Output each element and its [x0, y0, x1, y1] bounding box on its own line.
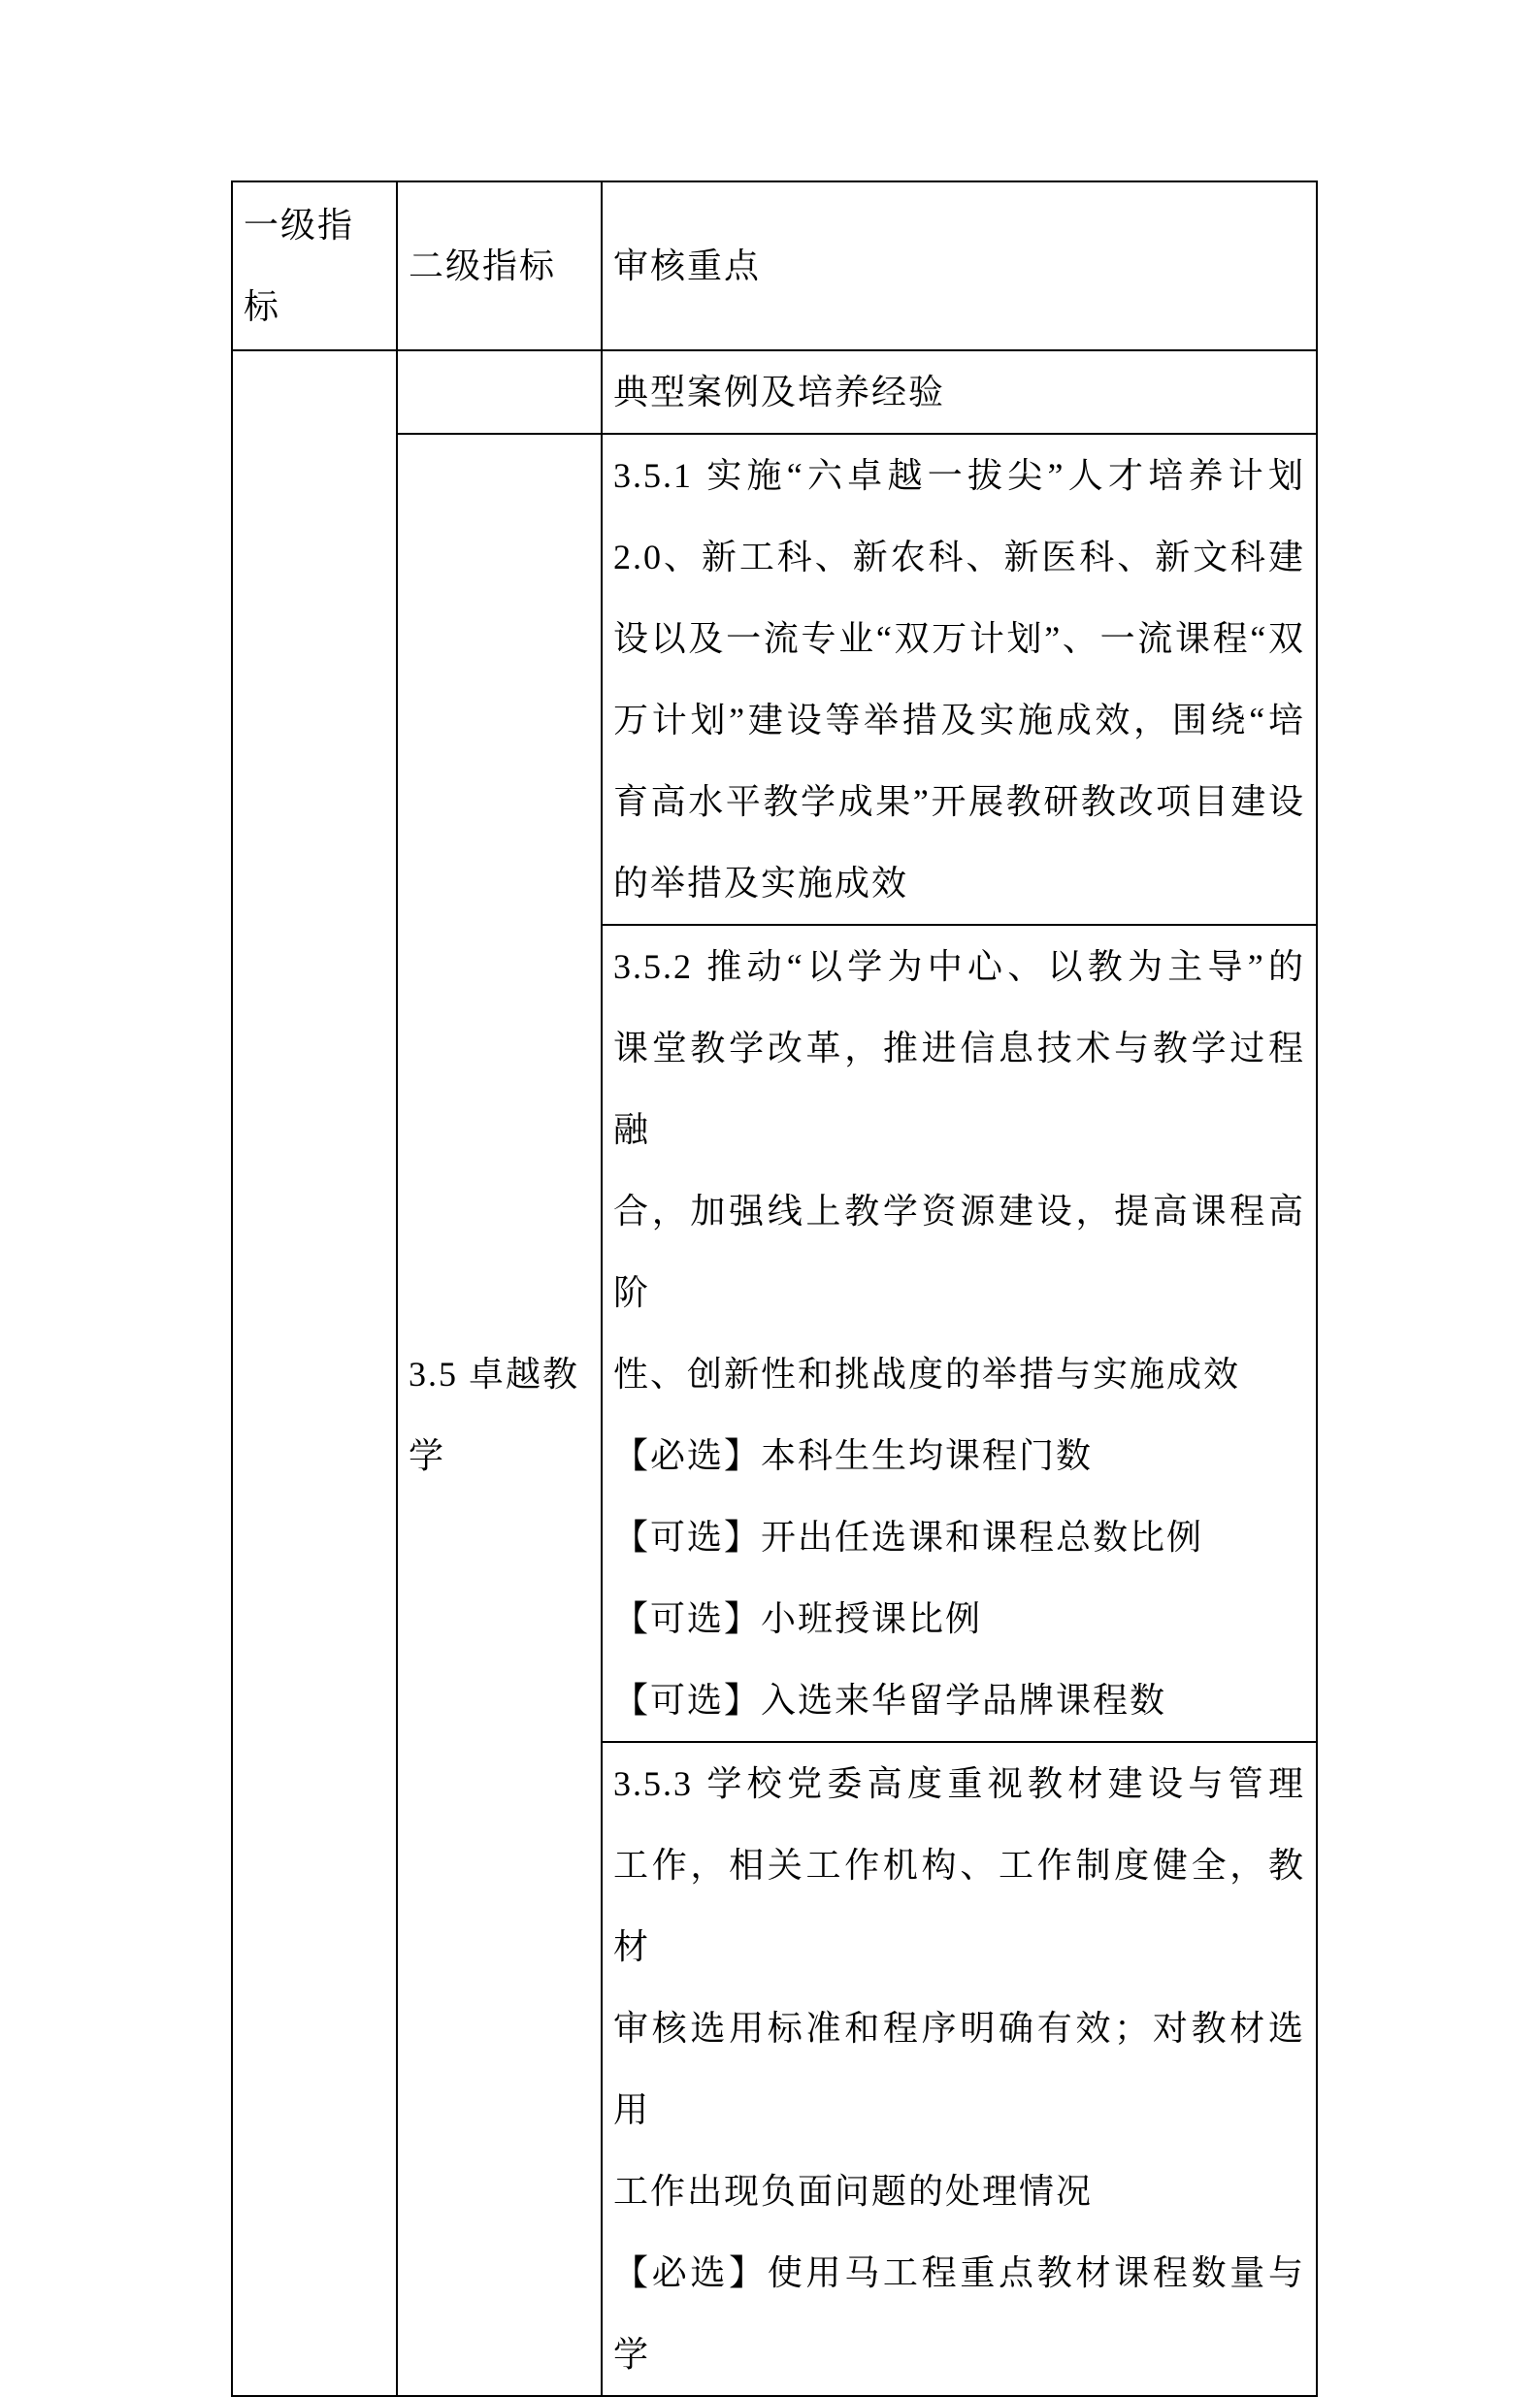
- header-cell-level2-indicator: 二级指标: [397, 181, 602, 350]
- text-line: 育高水平教学成果”开展教研教改项目建设: [613, 761, 1305, 842]
- text-line: 工作出现负面问题的处理情况: [613, 2151, 1305, 2232]
- header-cell-level1-indicator: 一级指 标: [232, 181, 397, 350]
- text-line: 3.5 卓越教: [409, 1333, 590, 1415]
- text-line: 标: [244, 266, 385, 347]
- cell-focus-353: 3.5.3 学校党委高度重视教材建设与管理 工作，相关工作机构、工作制度健全，教…: [602, 1742, 1317, 2396]
- cell-focus-352: 3.5.2 推动“以学为中心、以教为主导”的 课堂教学改革，推进信息技术与教学过…: [602, 925, 1317, 1742]
- text-line: 二级指标: [409, 225, 590, 307]
- text-line: 性、创新性和挑战度的举措与实施成效: [613, 1333, 1305, 1415]
- text-line: 【必选】使用马工程重点教材课程数量与学: [613, 2232, 1305, 2395]
- text-line: 一级指: [244, 184, 385, 266]
- cell-level2-35-excellent-teaching: 3.5 卓越教 学: [397, 434, 602, 2396]
- header-cell-review-focus: 审核重点: [602, 181, 1317, 350]
- text-line: 审核重点: [613, 225, 1305, 307]
- text-line: 审核选用标准和程序明确有效；对教材选用: [613, 1987, 1305, 2151]
- text-line: 【可选】入选来华留学品牌课程数: [613, 1659, 1305, 1741]
- text-line: 3.5.3 学校党委高度重视教材建设与管理: [613, 1743, 1305, 1824]
- text-line: 课堂教学改革，推进信息技术与教学过程融: [613, 1007, 1305, 1170]
- text-line: 3.5.1 实施“六卓越一拔尖”人才培养计划: [613, 435, 1305, 516]
- text-line: 【可选】小班授课比例: [613, 1578, 1305, 1659]
- text-line: 的举措及实施成效: [613, 842, 1305, 924]
- text-line: 学: [409, 1415, 590, 1496]
- text-line: 3.5.2 推动“以学为中心、以教为主导”的: [613, 926, 1305, 1007]
- text-line: 【必选】本科生生均课程门数: [613, 1415, 1305, 1496]
- cell-level2-empty: [397, 350, 602, 434]
- text-line: 【可选】开出任选课和课程总数比例: [613, 1496, 1305, 1578]
- text-line: 典型案例及培养经验: [613, 351, 1305, 433]
- cell-focus-351: 3.5.1 实施“六卓越一拔尖”人才培养计划 2.0、新工科、新农科、新医科、新…: [602, 434, 1317, 925]
- text-line: 万计划”建设等举措及实施成效，围绕“培: [613, 679, 1305, 761]
- text-line: 设以及一流专业“双万计划”、一流课程“双: [613, 598, 1305, 679]
- indicator-table: 一级指 标 二级指标 审核重点 典型案例及培养经验 3.5 卓越教 学 3.5.…: [231, 181, 1318, 2397]
- text-line: 2.0、新工科、新农科、新医科、新文科建: [613, 516, 1305, 598]
- document-page: { "page": { "background_color": "#ffffff…: [0, 0, 1540, 2179]
- text-line: 合，加强线上教学资源建设，提高课程高阶: [613, 1170, 1305, 1333]
- cell-level1-merged-empty: [232, 350, 397, 2396]
- cell-focus-typical-cases: 典型案例及培养经验: [602, 350, 1317, 434]
- text-line: 工作，相关工作机构、工作制度健全，教材: [613, 1824, 1305, 1987]
